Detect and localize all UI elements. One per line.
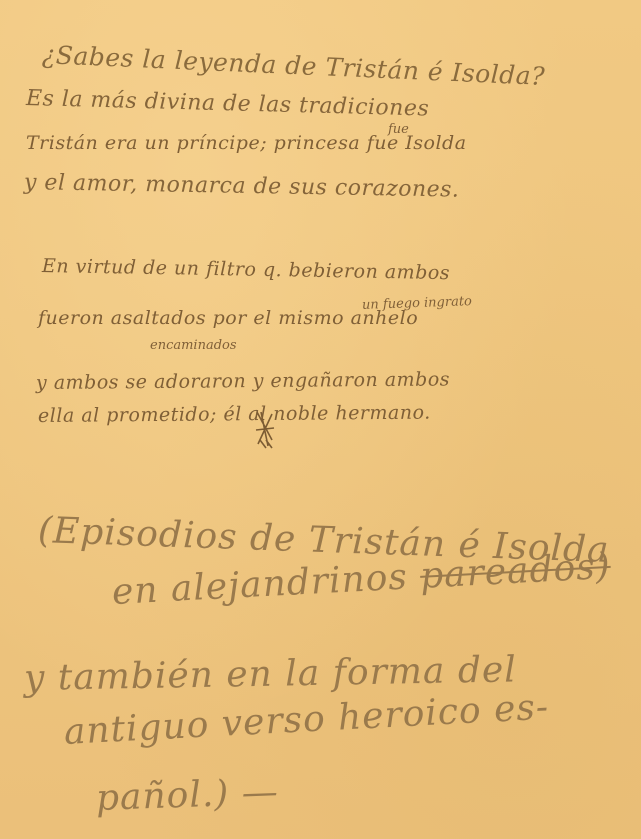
stanza-2-line-3: y ambos se adoraron y engañaron ambos (36, 368, 450, 394)
note-line-5: pañol.) — (95, 772, 279, 819)
stanza-2-line-4: ella al prometido; él al noble hermano. (38, 402, 431, 427)
manuscript-page: ¿Sabes la leyenda de Tristán é Isolda? E… (0, 0, 641, 839)
stanza-2-line-2: fueron asaltados por el mismo anhelo (38, 307, 418, 329)
crossed-out-scribble (254, 410, 276, 450)
stanza-1-line-4: y el amor, monarca de sus corazones. (24, 170, 460, 203)
stanza-1-line-2: Es la más divina de las tradiciones (26, 86, 430, 122)
note-line-2-text: en alejandrinos (111, 557, 409, 613)
note-line-2-struck-word: pareados) (419, 546, 612, 597)
stanza-2-line-1: En virtud de un filtro q. bebieron ambos (42, 255, 450, 284)
stanza-1-line-3-insertion: fue (388, 122, 409, 137)
stanza-2-line-2-insertion-below: encaminados (150, 338, 237, 353)
stanza-1-line-1: ¿Sabes la leyenda de Tristán é Isolda? (41, 40, 545, 91)
